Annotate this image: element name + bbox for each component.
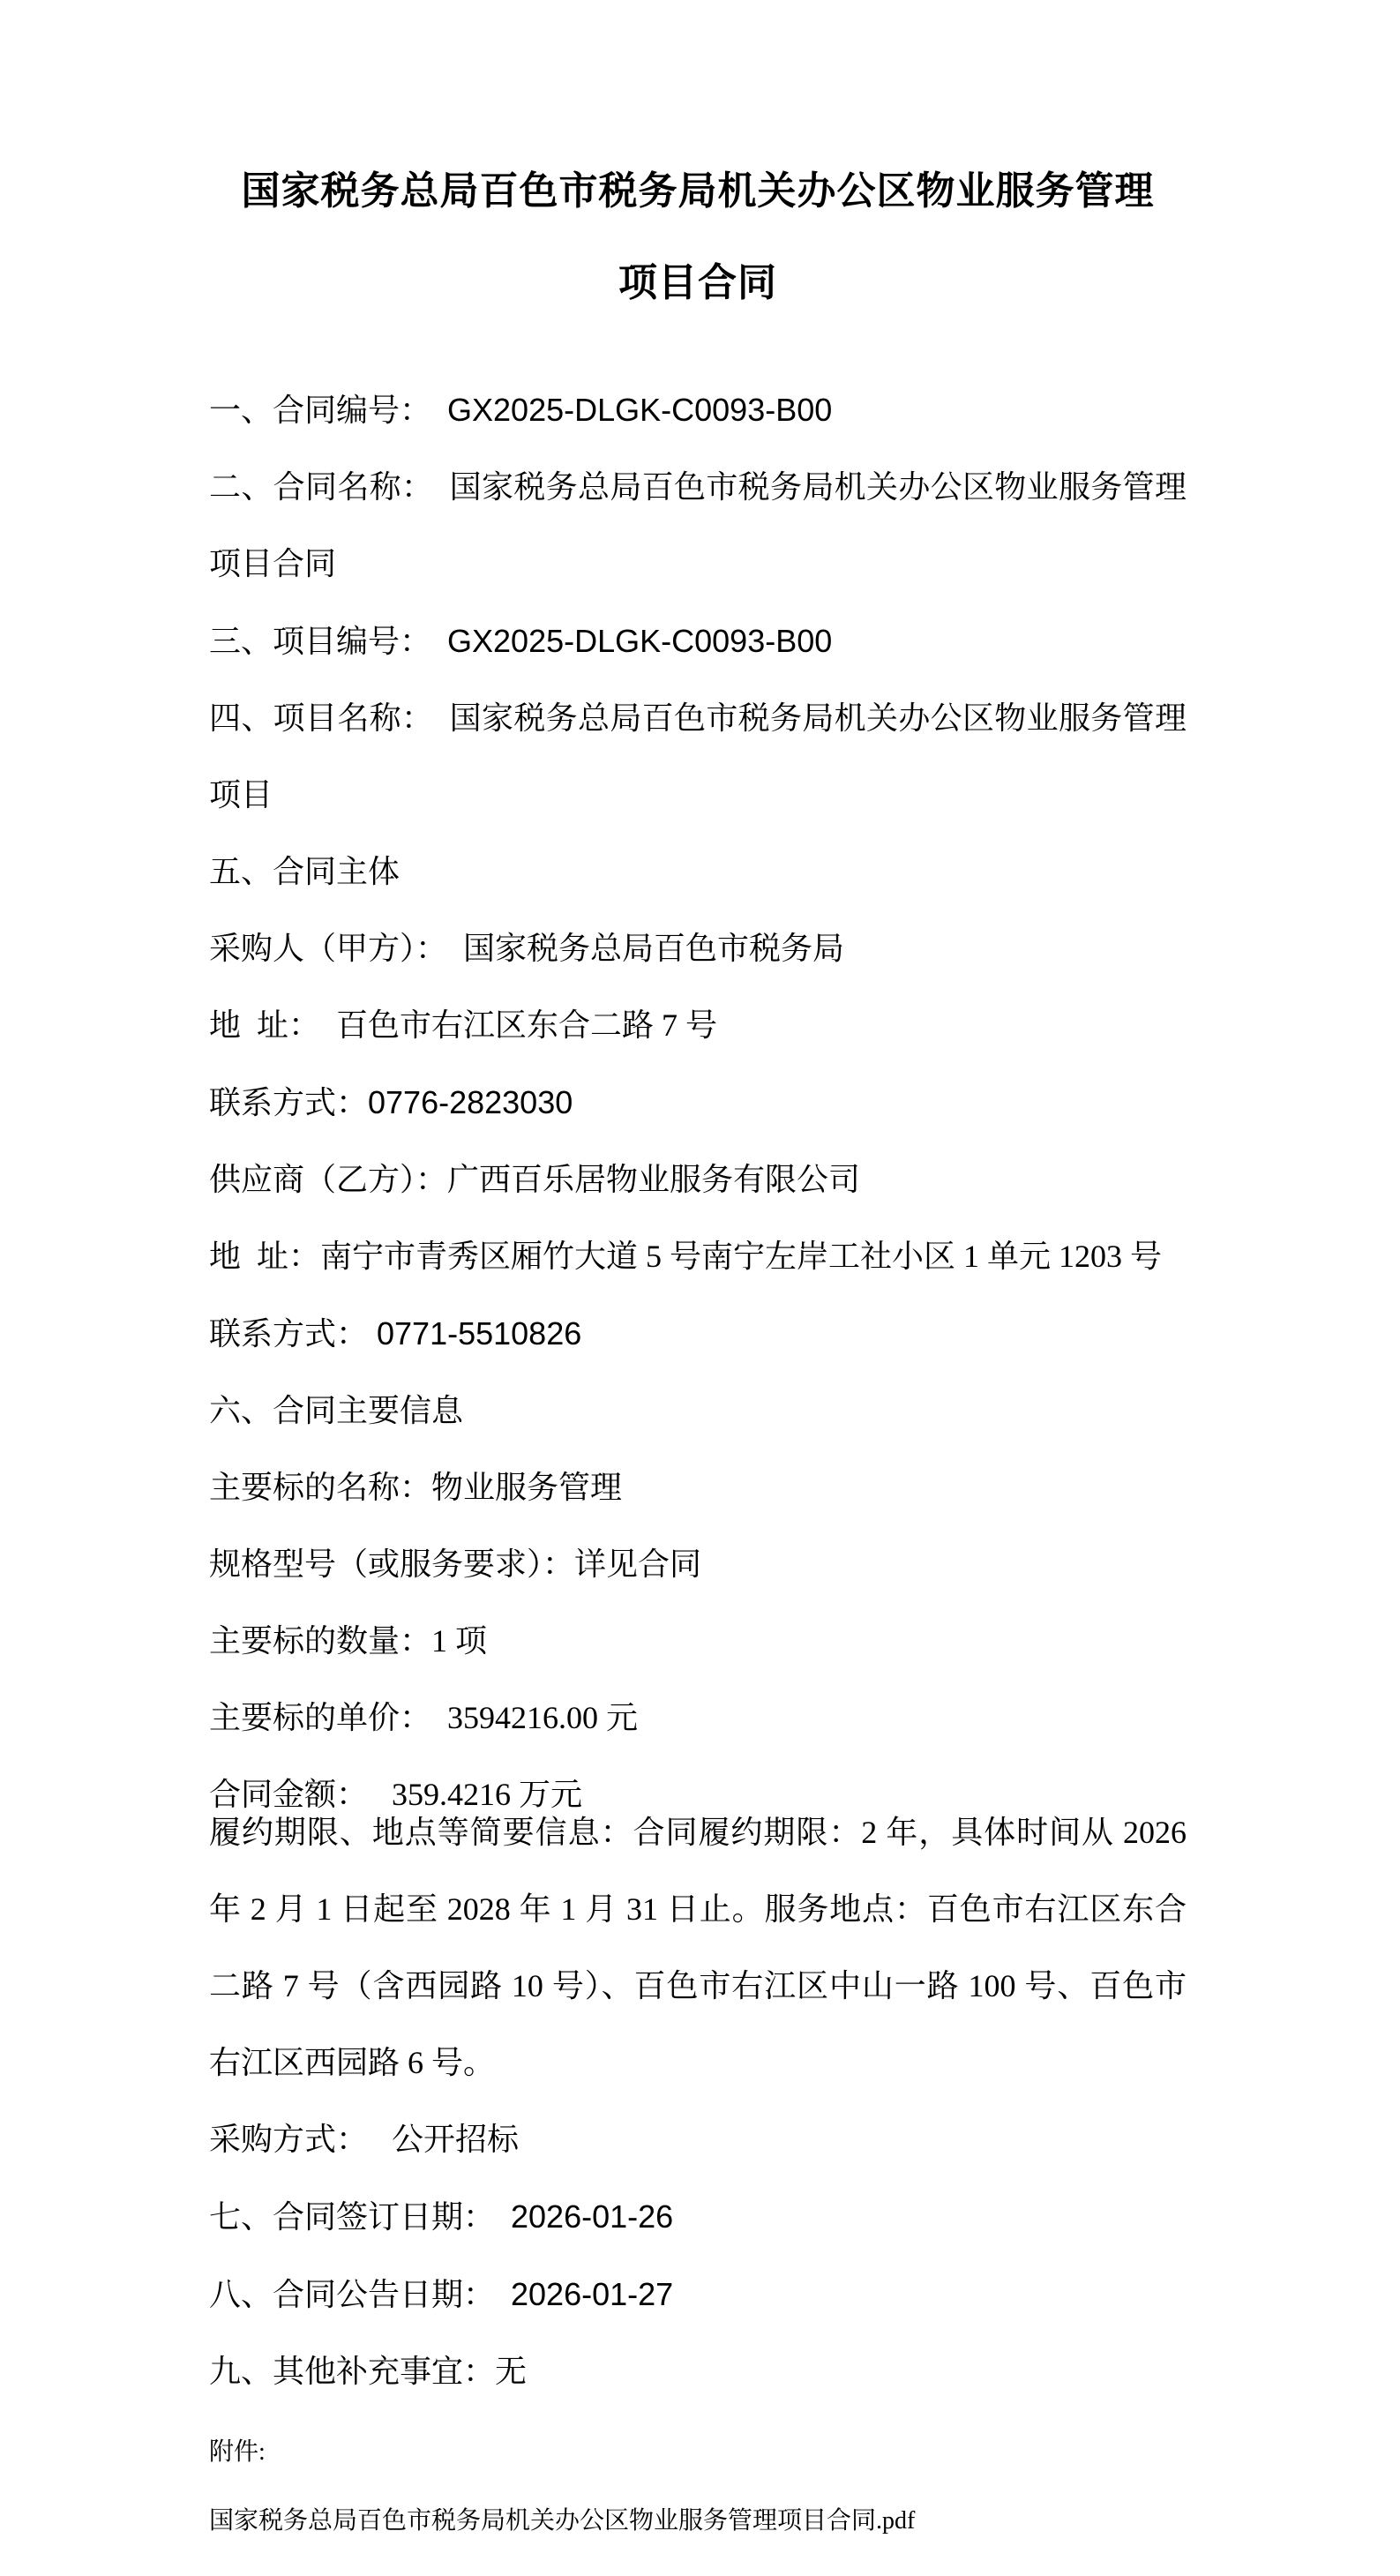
field-value: 无	[495, 2354, 527, 2389]
field-subject-quantity: 主要标的数量：1 项	[209, 1603, 1187, 1680]
field-contract-announce-date: 八、合同公告日期： 2026-01-27	[209, 2256, 1187, 2333]
field-label: 联系方式：	[209, 1085, 368, 1120]
field-label: 八、合同公告日期：	[209, 2277, 479, 2312]
field-label: 履约期限、地点等简要信息：	[209, 1815, 633, 1850]
field-label: 采购方式：	[209, 2122, 352, 2157]
field-label: 主要标的名称：	[209, 1470, 431, 1505]
field-value: 公开招标	[352, 2122, 519, 2157]
attachment-file-row: 国家税务总局百色市税务局机关办公区物业服务管理项目合同.pdf	[209, 2502, 1187, 2541]
field-purchaser-contact: 联系方式：0776-2823030	[209, 1064, 1187, 1142]
field-project-name: 四、项目名称： 国家税务总局百色市税务局机关办公区物业服务管理项目	[209, 680, 1187, 834]
section-contract-parties: 五、合同主体	[209, 834, 1187, 910]
field-label: 九、其他补充事宜：	[209, 2354, 495, 2389]
field-value: GX2025-DLGK-C0093-B00	[416, 623, 832, 659]
section-label: 六、合同主要信息	[209, 1393, 463, 1428]
document-title-line1: 国家税务总局百色市税务局机关办公区物业服务管理	[209, 146, 1187, 237]
field-label: 七、合同签订日期：	[209, 2199, 479, 2235]
contract-announcement-page: 国家税务总局百色市税务局机关办公区物业服务管理 项目合同 一、合同编号： GX2…	[0, 0, 1400, 2576]
field-label: 规格型号（或服务要求）：	[209, 1546, 574, 1582]
field-label: 主要标的单价：	[209, 1700, 416, 1735]
field-label: 三、项目编号：	[209, 624, 416, 659]
field-supplier-contact: 联系方式： 0771-5510826	[209, 1295, 1187, 1373]
document-title-line2: 项目合同	[209, 237, 1187, 329]
field-subject-unit-price: 主要标的单价： 3594216.00 元	[209, 1680, 1187, 1756]
field-purchaser-address: 地 址： 百色市右江区东合二路 7 号	[209, 987, 1187, 1064]
field-value: 0776-2823030	[368, 1084, 573, 1120]
field-supplier: 供应商（乙方）：广西百乐居物业服务有限公司	[209, 1142, 1187, 1218]
document-title: 国家税务总局百色市税务局机关办公区物业服务管理 项目合同	[209, 146, 1187, 329]
field-label: 采购人（甲方）：	[209, 931, 431, 966]
field-performance-period-location: 履约期限、地点等简要信息：合同履约期限：2 年，具体时间从 2026 年 2 月…	[209, 1794, 1187, 2101]
field-subject-name: 主要标的名称：物业服务管理	[209, 1449, 1187, 1526]
field-contract-sign-date: 七、合同签订日期： 2026-01-26	[209, 2178, 1187, 2256]
attachment-pdf-link[interactable]: 国家税务总局百色市税务局机关办公区物业服务管理项目合同.pdf	[209, 2507, 915, 2535]
field-value: 物业服务管理	[431, 1470, 622, 1505]
field-supplier-address: 地 址：南宁市青秀区厢竹大道 5 号南宁左岸工社小区 1 单元 1203 号	[209, 1218, 1187, 1295]
field-label: 地 址：	[209, 1007, 304, 1043]
field-label: 供应商（乙方）：	[209, 1162, 447, 1197]
field-label: 联系方式：	[209, 1316, 368, 1352]
field-label: 地 址：	[209, 1239, 320, 1274]
field-procurement-method: 采购方式： 公开招标	[209, 2101, 1187, 2178]
document-body: 一、合同编号： GX2025-DLGK-C0093-B00 二、合同名称： 国家…	[209, 371, 1187, 2541]
field-label: 主要标的数量：	[209, 1623, 431, 1659]
attachment-section-label: 附件:	[209, 2433, 1187, 2472]
field-contract-name: 二、合同名称： 国家税务总局百色市税务局机关办公区物业服务管理项目合同	[209, 449, 1187, 603]
field-value: 2026-01-26	[479, 2198, 673, 2235]
field-purchaser: 采购人（甲方）： 国家税务总局百色市税务局	[209, 910, 1187, 987]
field-value: 1 项	[431, 1623, 487, 1659]
field-value: 详见合同	[574, 1546, 701, 1582]
field-value: 广西百乐居物业服务有限公司	[447, 1162, 860, 1197]
field-value: 2026-01-27	[479, 2276, 673, 2312]
field-project-number: 三、项目编号： GX2025-DLGK-C0093-B00	[209, 603, 1187, 680]
field-label: 一、合同编号：	[209, 393, 416, 428]
field-value: 百色市右江区东合二路 7 号	[304, 1007, 717, 1043]
field-value: GX2025-DLGK-C0093-B00	[416, 392, 832, 428]
field-contract-number: 一、合同编号： GX2025-DLGK-C0093-B00	[209, 371, 1187, 449]
field-label: 二、合同名称：	[209, 469, 417, 505]
field-label: 四、项目名称：	[209, 700, 417, 736]
field-spec-model: 规格型号（或服务要求）：详见合同	[209, 1526, 1187, 1603]
field-value: 0771-5510826	[368, 1315, 581, 1352]
field-value: 南宁市青秀区厢竹大道 5 号南宁左岸工社小区 1 单元 1203 号	[320, 1239, 1162, 1274]
section-label: 五、合同主体	[209, 854, 400, 889]
field-value: 3594216.00 元	[416, 1700, 638, 1735]
field-value: 国家税务总局百色市税务局	[431, 931, 844, 966]
field-value: 合同履约期限：2 年，具体时间从 2026 年 2 月 1 日起至 2028 年…	[209, 1815, 1194, 2080]
section-contract-main-info: 六、合同主要信息	[209, 1373, 1187, 1449]
field-other-notes: 九、其他补充事宜：无	[209, 2333, 1187, 2410]
